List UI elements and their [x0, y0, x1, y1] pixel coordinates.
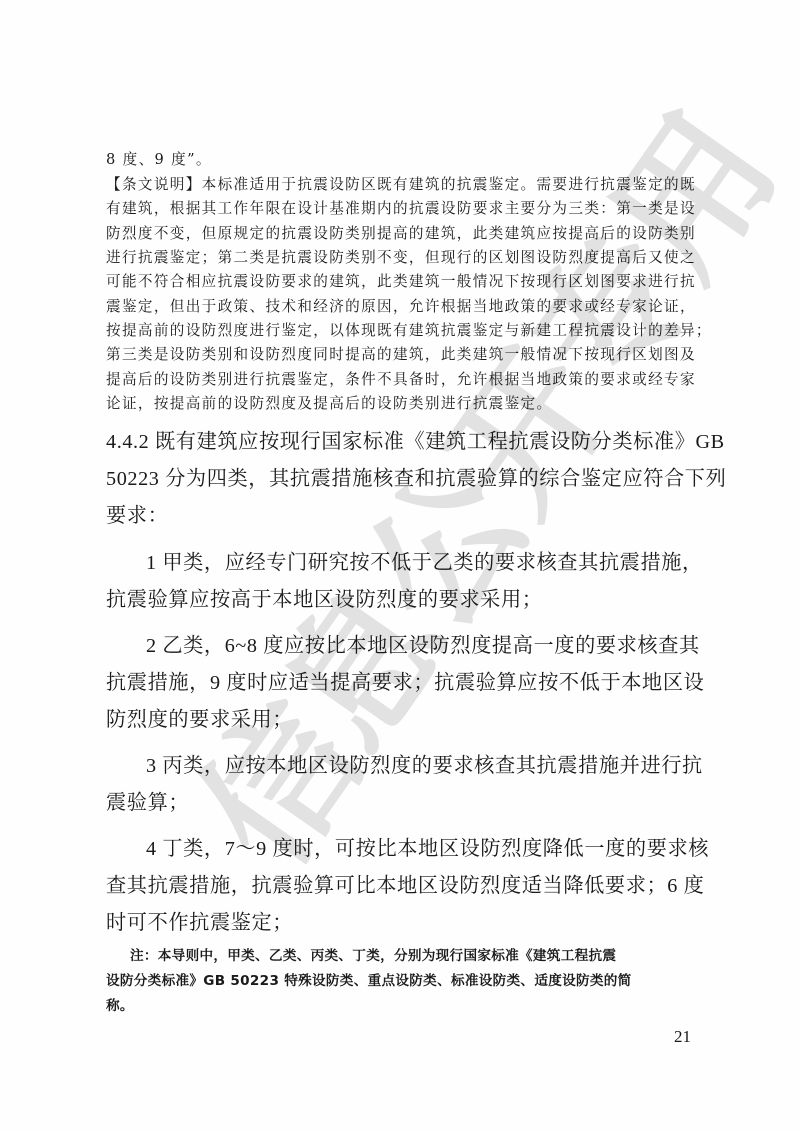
explanation-line: 按提高前的设防烈度进行鉴定，以体现既有建筑抗震鉴定与新建工程抗震设计的差异；: [106, 319, 712, 340]
item-line: 2 乙类，6~8 度应按比本地区设防烈度提高一度的要求核查其: [146, 629, 700, 658]
item-line: 抗震措施，9 度时应适当提高要求；抗震验算应按不低于本地区设: [106, 666, 704, 695]
item-line: 3 丙类，应按本地区设防烈度的要求核查其抗震措施并进行抗: [146, 749, 703, 778]
note-line: 注：本导则中，甲类、乙类、丙类、丁类，分别为现行国家标准《建筑工程抗震: [130, 944, 616, 964]
explanation-line: 防烈度不变，但原规定的抗震设防类别提高的建筑，此类建筑应按提高后的设防类别: [106, 222, 696, 243]
item-line: 1 甲类，应经专门研究按不低于乙类的要求核查其抗震措施，: [146, 546, 703, 575]
explanation-line: 进行抗震鉴定；第二类是抗震设防类别不变，但现行的区划图设防烈度提高后又使之: [106, 246, 696, 267]
explanation-line: 可能不符合相应抗震设防要求的建筑，此类建筑一般情况下按现行区划图要求进行抗: [106, 270, 696, 291]
explanation-line: 【条文说明】本标准适用于抗震设防区既有建筑的抗震鉴定。需要进行抗震鉴定的既: [106, 173, 696, 194]
item-line: 查其抗震措施，抗震验算可比本地区设防烈度适当降低要求；6 度: [106, 869, 704, 898]
clause-line: 4.4.2 既有建筑应按现行国家标准《建筑工程抗震设防分类标准》GB: [106, 425, 725, 454]
note-line: 称。: [106, 994, 134, 1014]
clause-line: 50223 分为四类，其抗震措施核查和抗震验算的综合鉴定应符合下列: [106, 462, 726, 491]
explanation-line: 提高后的设防类别进行抗震鉴定，条件不具备时，允许根据当地政策的要求或经专家: [106, 368, 696, 389]
document-page: 信息公开专用 8 度、9 度”。 【条文说明】本标准适用于抗震设防区既有建筑的抗…: [0, 0, 800, 1131]
explanation-line: 论证，按提高前的设防烈度及提高后的设防类别进行抗震鉴定。: [106, 392, 552, 413]
explanation-line: 第三类是设防类别和设防烈度同时提高的建筑，此类建筑一般情况下按现行区划图及: [106, 343, 696, 364]
item-line: 防烈度的要求采用；: [106, 703, 293, 732]
continuation-text: 8 度、9 度”。: [106, 148, 212, 169]
explanation-line: 震鉴定，但出于政策、技术和经济的原因，允许根据当地政策的要求或经专家论证，: [106, 295, 696, 316]
item-line: 抗震验算应按高于本地区设防烈度的要求采用；: [106, 583, 543, 612]
explanation-line: 有建筑，根据其工作年限在设计基准期内的抗震设防要求主要分为三类：第一类是设: [106, 197, 696, 218]
item-line: 时可不作抗震鉴定；: [106, 906, 293, 935]
item-line: 4 丁类，7～9 度时，可按比本地区设防烈度降低一度的要求核: [146, 832, 709, 861]
item-line: 震验算；: [106, 786, 189, 815]
page-number: 21: [674, 1027, 691, 1047]
clause-line: 要求：: [106, 499, 168, 528]
note-line: 设防分类标准》GB 50223 特殊设防类、重点设防类、标准设防类、适度设防类的…: [106, 969, 632, 989]
